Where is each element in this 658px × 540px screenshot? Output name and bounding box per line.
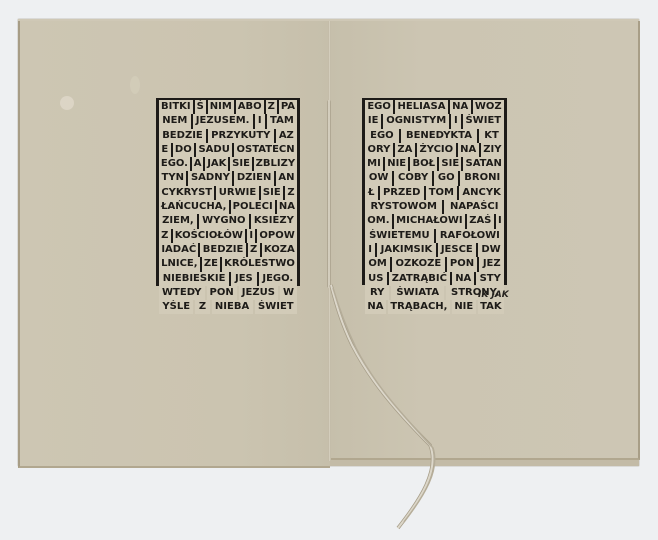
text-line: YŚLEZNIEBAŚWIET (158, 300, 298, 314)
word: ŻYCIO (417, 143, 456, 157)
word: ŁAŃCUCHA, (159, 200, 229, 214)
word: KRÓLESTWO (222, 257, 297, 271)
word: EGO (365, 100, 393, 114)
word: I (496, 214, 504, 228)
water-stain (130, 76, 140, 94)
word: NEM (159, 114, 191, 128)
text-line: EDOSADUOSTATECN (158, 143, 298, 157)
word: TAM (267, 114, 297, 128)
word: NIEBA (212, 300, 253, 314)
word: JAK (205, 157, 228, 171)
text-line: BITKIŚNIMABOZPA (158, 100, 298, 114)
word: EGO (365, 129, 399, 143)
text-line: BEDZIEPRZYKUTYAZ (158, 129, 298, 143)
word: SADU (196, 143, 232, 157)
word: TYN (159, 171, 186, 185)
text-line: ŁAŃCUCHA,POLECINA (158, 200, 298, 214)
word: WTEDY (159, 286, 205, 300)
word: GO (434, 171, 458, 185)
binding-thread (327, 100, 331, 288)
word: OW (365, 171, 392, 185)
word: EGO. (159, 157, 190, 171)
word: PON (207, 286, 237, 300)
word: BEDZIE (200, 243, 245, 257)
word: STY (476, 272, 504, 286)
text-line: RYSTOWOMNAPAŚCI (364, 200, 505, 214)
word: Ł (365, 186, 378, 200)
word: WYGNO (199, 214, 249, 228)
word: ŚWIATA (391, 286, 444, 300)
word: W (280, 286, 297, 300)
word: Z (266, 100, 277, 114)
word: JEGO. (259, 272, 297, 286)
word: PRZYKUTY (208, 129, 274, 143)
text-line: USZATRĄBIĆNASTY (364, 272, 505, 286)
text-line: LNICE,ZEKRÓLESTWO (158, 257, 298, 271)
text-line: IJAKIMSIKJESCEDW (364, 243, 505, 257)
word: Z (159, 229, 171, 243)
word: NA (458, 143, 479, 157)
word: OM. (365, 214, 392, 228)
text-line: OMOZKOZEPONJEZ (364, 257, 505, 271)
word: ANCYK (459, 186, 504, 200)
word: ZAŚ (467, 214, 494, 228)
word: BENEDYKTA (401, 129, 477, 143)
word: JES (231, 272, 256, 286)
signature: IK JAK (478, 290, 509, 300)
text-line: MINIEBOŁSIESATAN (364, 157, 505, 171)
word: KOŚCIOŁÓW (173, 229, 246, 243)
word: ŚWIETEMU (365, 229, 434, 243)
text-line: IEOGNISTYMIŚWIET (364, 114, 505, 128)
word: I (247, 229, 255, 243)
word: ZIY (481, 143, 504, 157)
right-text-block: EGOHELIASANAWOZIEOGNISTYMIŚWIETEGOBENEDY… (362, 98, 507, 285)
word: BRONI (460, 171, 504, 185)
word: A (192, 157, 203, 171)
word: COBY (394, 171, 432, 185)
word: OSTATECN (234, 143, 297, 157)
word: ŚWIET (463, 114, 504, 128)
word: RAFOŁOWI (436, 229, 504, 243)
word: ŚWIET (255, 300, 297, 314)
word: URWIE (216, 186, 258, 200)
word: NA (452, 272, 474, 286)
word: IE (365, 114, 381, 128)
word: OGNISTYM (383, 114, 449, 128)
word: NAPAŚCI (444, 200, 504, 214)
word: MICHAŁOWI (394, 214, 465, 228)
word: OPOW (257, 229, 297, 243)
text-line: ZKOŚCIOŁÓWIOPOW (158, 229, 298, 243)
word: DW (478, 243, 504, 257)
text-line: OM.MICHAŁOWIZAŚI (364, 214, 505, 228)
word: WOZ (473, 100, 504, 114)
word: NIE (452, 300, 476, 314)
text-line: TYNSADNYDZIENAN (158, 171, 298, 185)
word: JEZUSEM. (193, 114, 253, 128)
word: TOM (426, 186, 458, 200)
word: AZ (276, 129, 297, 143)
word: ZE (202, 257, 220, 271)
word: SIE (230, 157, 252, 171)
word: PON (447, 257, 478, 271)
word: ZATRĄBIĆ (389, 272, 450, 286)
word: ZBLIZY (254, 157, 297, 171)
word: MI (365, 157, 383, 171)
word: AN (276, 171, 297, 185)
text-line: CYKRYSTURWIESIEZ (158, 186, 298, 200)
word: Z (195, 300, 209, 314)
word: NA (450, 100, 471, 114)
word: BOŁ (410, 157, 437, 171)
text-line: ZIEM,WYGNOKSIEZY (158, 214, 298, 228)
word: NA (277, 200, 297, 214)
word: ABO (236, 100, 264, 114)
word: RYSTOWOM (365, 200, 442, 214)
word: TRĄBACH, (388, 300, 450, 314)
word: KSIEZY (251, 214, 297, 228)
word: E (159, 143, 171, 157)
word: CYKRYST (159, 186, 214, 200)
word: SADNY (188, 171, 232, 185)
word: NA (365, 300, 386, 314)
word: US (365, 272, 387, 286)
word: POLECI (231, 200, 275, 214)
text-line: ŚWIETEMURAFOŁOWI (364, 229, 505, 243)
text-line: NIEBIESKIEJESJEGO. (158, 272, 298, 286)
word: I (365, 243, 375, 257)
text-line: OWCOBYGOBRONI (364, 171, 505, 185)
word: NIM (208, 100, 234, 114)
word: DZIEN (234, 171, 274, 185)
word: Ś (195, 100, 206, 114)
word: ORY (365, 143, 393, 157)
word: OZKOZE (392, 257, 444, 271)
water-stain (60, 96, 74, 110)
word: KOZA (262, 243, 297, 257)
word: ZA (395, 143, 415, 157)
word: Z (285, 186, 297, 200)
word: I (451, 114, 461, 128)
word: HELIASA (395, 100, 448, 114)
left-text-block: BITKIŚNIMABOZPANEMJEZUSEM.ITAMBEDZIEPRZY… (156, 98, 300, 286)
word: JESCE (438, 243, 477, 257)
text-line: ORYZAŻYCIONAZIY (364, 143, 505, 157)
word: BEDZIE (159, 129, 206, 143)
text-line: EGOHELIASANAWOZ (364, 100, 505, 114)
text-line: EGOBENEDYKTAKT (364, 129, 505, 143)
word: JEZUS (239, 286, 278, 300)
word: BITKI (159, 100, 193, 114)
word: NIE (385, 157, 408, 171)
word: DO (173, 143, 195, 157)
word: PRZED (380, 186, 424, 200)
word: SIE (439, 157, 461, 171)
text-line: WTEDYPONJEZUSW (158, 286, 298, 300)
word: OM (365, 257, 390, 271)
word: Z (248, 243, 260, 257)
text-line: EGO.AJAKSIEZBLIZY (158, 157, 298, 171)
text-line: NEMJEZUSEM.ITAM (158, 114, 298, 128)
word: JEZ (479, 257, 504, 271)
word: I (255, 114, 265, 128)
word: PA (279, 100, 297, 114)
text-line: ŁPRZEDTOMANCYK (364, 186, 505, 200)
word: JAKIMSIK (377, 243, 435, 257)
word: ZIEM, (159, 214, 197, 228)
text-line: NATRĄBACH,NIETAK (364, 300, 505, 314)
text-line: IADAĆBEDZIEZKOZA (158, 243, 298, 257)
word: RY (365, 286, 389, 300)
word: LNICE, (159, 257, 200, 271)
word: IADAĆ (159, 243, 198, 257)
word: YŚLE (159, 300, 193, 314)
word: KT (479, 129, 504, 143)
word: TAK (478, 300, 504, 314)
word: NIEBIESKIE (159, 272, 229, 286)
word: SATAN (463, 157, 504, 171)
word: SIE (261, 186, 283, 200)
